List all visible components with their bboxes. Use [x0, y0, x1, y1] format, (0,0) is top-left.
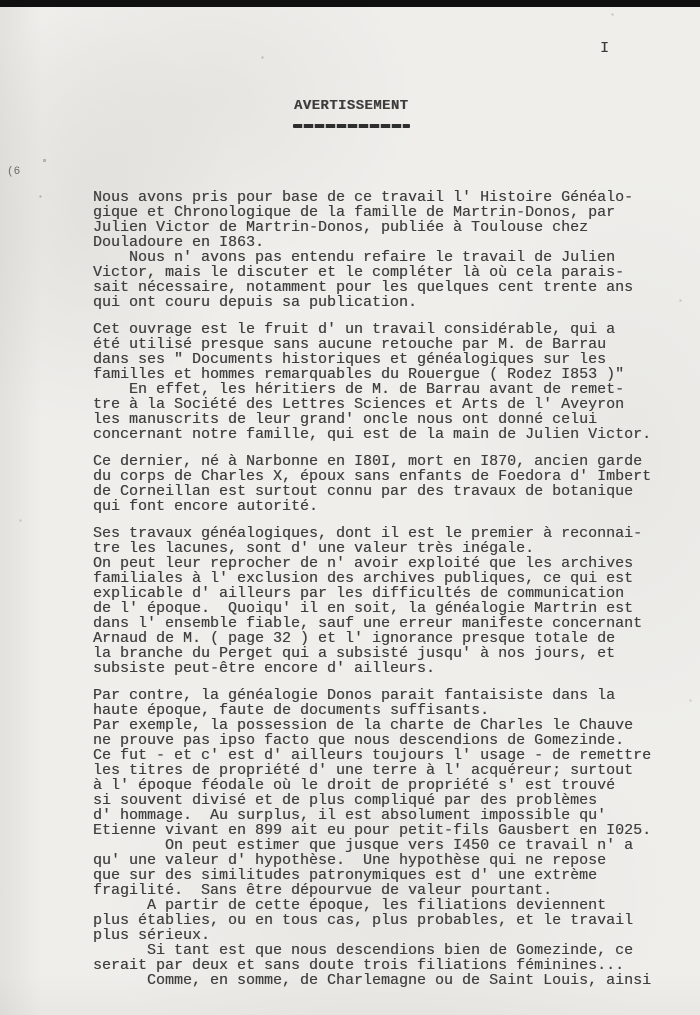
- text-line: Par contre, la généalogie Donos parait f…: [93, 688, 678, 703]
- text-line: qu' une valeur d' hypothèse. Une hypothè…: [93, 853, 678, 868]
- text-line: Victor, mais le discuter et le compléter…: [93, 265, 678, 280]
- text-line: On peut leur reprocher de n' avoir explo…: [93, 556, 678, 571]
- title-underline: [293, 124, 410, 128]
- text-line: Comme, en somme, de Charlemagne ou de Sa…: [93, 973, 678, 988]
- paragraph: Cet ouvrage est le fruit d' un travail c…: [93, 322, 678, 442]
- text-line: plus sérieux.: [93, 928, 678, 943]
- paragraph: Nous avons pris pour base de ce travail …: [93, 190, 678, 310]
- document-body: Nous avons pris pour base de ce travail …: [93, 190, 678, 1000]
- text-line: concernant notre famille, qui est de la …: [93, 427, 678, 442]
- paragraph: Par contre, la généalogie Donos parait f…: [93, 688, 678, 988]
- text-line: Cet ouvrage est le fruit d' un travail c…: [93, 322, 678, 337]
- page-title: AVERTISSEMENT: [294, 98, 408, 114]
- text-line: Julien Victor de Martrin-Donos, publiée …: [93, 220, 678, 235]
- text-line: les titres de propriété d' une terre à l…: [93, 763, 678, 778]
- text-line: qui ont couru depuis sa publication.: [93, 295, 678, 310]
- text-line: Par exemple, la possession de la charte …: [93, 718, 678, 733]
- text-line: En effet, les héritiers de M. de Barrau …: [93, 382, 678, 397]
- scan-speckles: [0, 0, 1, 1]
- text-line: dans ses " Documents historiques et géné…: [93, 352, 678, 367]
- paragraph: Ses travaux généalogiques, dont il est l…: [93, 526, 678, 676]
- text-line: Si tant est que nous descendions bien de…: [93, 943, 678, 958]
- text-line: tre à la Société des Lettres Sciences et…: [93, 397, 678, 412]
- margin-annotation: (6: [7, 166, 20, 178]
- text-line: gique et Chronologique de la famille de …: [93, 205, 678, 220]
- text-line: les manuscrits de leur grand' oncle nous…: [93, 412, 678, 427]
- text-line: Douladoure en I863.: [93, 235, 678, 250]
- page-number: I: [600, 41, 609, 57]
- text-line: serait par deux et sans doute trois fili…: [93, 958, 678, 973]
- text-line: sait nécessaire, notamment pour les quel…: [93, 280, 678, 295]
- text-line: familiales à l' exclusion des archives p…: [93, 571, 678, 586]
- text-line: ne prouve pas ipso facto que nous descen…: [93, 733, 678, 748]
- text-line: été utilisé presque sans aucune retouche…: [93, 337, 678, 352]
- text-line: tre les lacunes, sont d' une valeur très…: [93, 541, 678, 556]
- text-line: Ce fut - et c' est d' ailleurs toujours …: [93, 748, 678, 763]
- text-line: d' hommage. Au surplus, il est absolumen…: [93, 808, 678, 823]
- text-line: fragilité. Sans être dépourvue de valeur…: [93, 883, 678, 898]
- text-line: On peut estimer que jusque vers I450 ce …: [93, 838, 678, 853]
- text-line: explicable d' ailleurs par les difficult…: [93, 586, 678, 601]
- text-line: que sur des similitudes patronymiques es…: [93, 868, 678, 883]
- text-line: si souvent divisé et de plus compliqué p…: [93, 793, 678, 808]
- text-line: Ce dernier, né à Narbonne en I80I, mort …: [93, 454, 678, 469]
- text-line: familles et hommes remarquables du Rouer…: [93, 367, 678, 382]
- text-line: de Corneillan est surtout connu par des …: [93, 484, 678, 499]
- text-line: Nous avons pris pour base de ce travail …: [93, 190, 678, 205]
- text-line: dans l' ensemble fiable, sauf une erreur…: [93, 616, 678, 631]
- text-line: Arnaud de M. ( page 32 ) et l' ignorance…: [93, 631, 678, 646]
- text-line: haute époque, faute de documents suffisa…: [93, 703, 678, 718]
- text-line: de l' époque. Quoiqu' il en soit, la gén…: [93, 601, 678, 616]
- scan-top-edge-bar: [0, 0, 700, 7]
- scanned-document-page: I AVERTISSEMENT (6 Nous avons pris pour …: [0, 0, 700, 1015]
- text-line: Nous n' avons pas entendu refaire le tra…: [93, 250, 678, 265]
- text-line: la branche du Perget qui a subsisté jusq…: [93, 646, 678, 661]
- text-line: plus établies, ou en tous cas, plus prob…: [93, 913, 678, 928]
- text-line: du corps de Charles X, époux sans enfant…: [93, 469, 678, 484]
- text-line: Ses travaux généalogiques, dont il est l…: [93, 526, 678, 541]
- paragraph: Ce dernier, né à Narbonne en I80I, mort …: [93, 454, 678, 514]
- text-line: qui font encore autorité.: [93, 499, 678, 514]
- text-line: Etienne vivant en 899 ait eu pour petit-…: [93, 823, 678, 838]
- text-line: à l' époque féodale où le droit de propr…: [93, 778, 678, 793]
- text-line: A partir de cette époque, les filiations…: [93, 898, 678, 913]
- text-line: subsiste peut-être encore d' ailleurs.: [93, 661, 678, 676]
